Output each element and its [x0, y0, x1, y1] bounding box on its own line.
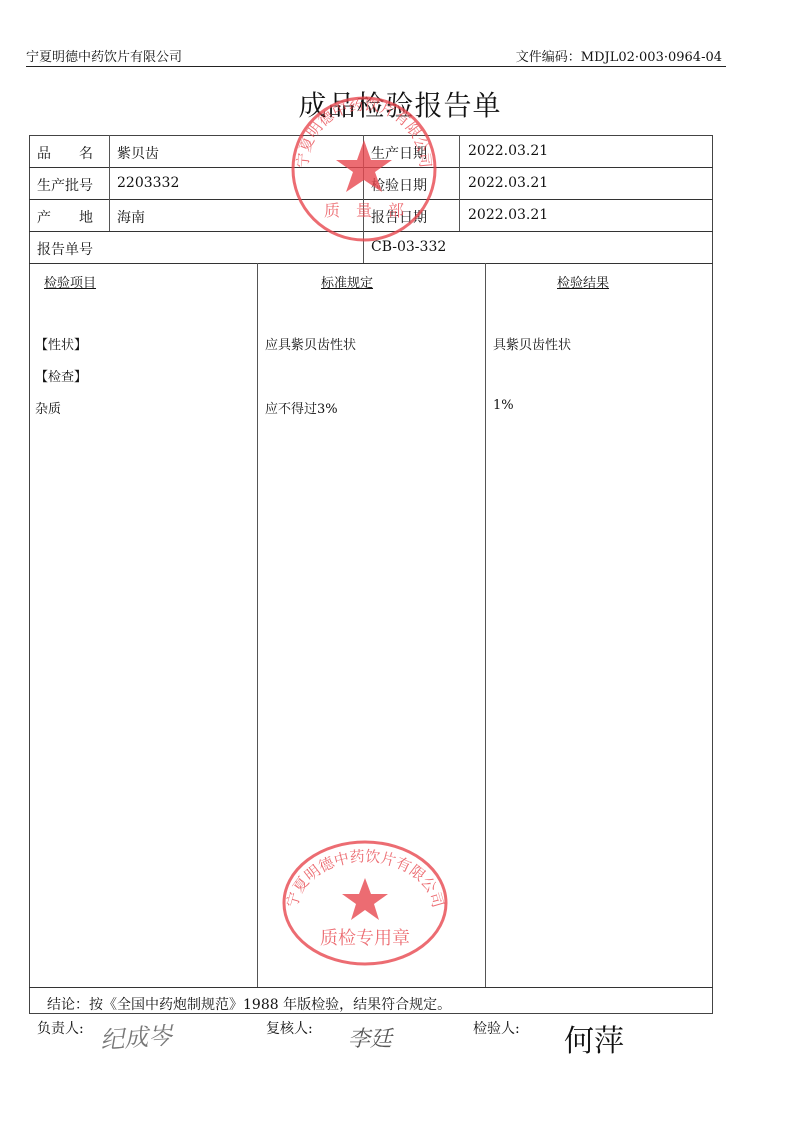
col-divider: [459, 135, 460, 231]
row-divider: [29, 167, 713, 168]
header-rule: [26, 66, 726, 67]
col-header-standard: 标准规定: [321, 272, 373, 291]
product-name-value: 紫贝齿: [117, 143, 159, 163]
origin-label: 产 地: [37, 207, 93, 227]
inspect-date-value: 2022.03.21: [468, 175, 548, 191]
row-result: 1%: [493, 398, 514, 413]
row-divider: [29, 231, 713, 232]
report-date-value: 2022.03.21: [468, 207, 548, 223]
row-standard: 应不得过3%: [265, 398, 338, 417]
row-divider: [29, 199, 713, 200]
report-date-label: 报告日期: [371, 207, 427, 227]
batch-label: 生产批号: [37, 175, 93, 195]
row-divider: [29, 263, 713, 264]
report-no-label: 报告单号: [37, 239, 93, 259]
page-title: 成品检验报告单: [0, 84, 800, 124]
row-standard: 应具紫贝齿性状: [265, 334, 356, 353]
col-divider: [257, 263, 258, 987]
row-result: 具紫贝齿性状: [493, 334, 571, 353]
batch-value: 2203332: [117, 175, 179, 191]
col-header-result: 检验结果: [557, 272, 609, 291]
company-name: 宁夏明德中药饮片有限公司: [26, 46, 182, 65]
row-item: 杂质: [35, 398, 61, 417]
responsible-label: 负责人:: [37, 1018, 84, 1038]
conclusion-text: 结论：按《全国中药炮制规范》1988 年版检验，结果符合规定。: [47, 994, 451, 1014]
row-divider: [29, 987, 713, 988]
inspector-label: 检验人:: [473, 1018, 520, 1038]
row-item: 【检查】: [35, 366, 87, 385]
inspector-signature: 何萍: [564, 1016, 624, 1060]
report-table: [29, 135, 713, 1014]
inspect-date-label: 检验日期: [371, 175, 427, 195]
reviewer-signature: 李廷: [348, 1022, 392, 1053]
report-no-value: CB-03-332: [371, 239, 446, 255]
col-divider: [109, 135, 110, 231]
origin-value: 海南: [117, 207, 145, 227]
document-code: 文件编码：MDJL02·003·0964-04: [516, 46, 722, 65]
product-name-label: 品 名: [37, 143, 93, 163]
col-divider: [363, 135, 364, 263]
responsible-signature: 纪成岑: [99, 1016, 173, 1056]
prod-date-value: 2022.03.21: [468, 143, 548, 159]
col-header-item: 检验项目: [44, 272, 96, 291]
reviewer-label: 复核人:: [266, 1018, 313, 1038]
col-divider: [485, 263, 486, 987]
row-item: 【性状】: [35, 334, 87, 353]
prod-date-label: 生产日期: [371, 143, 427, 163]
